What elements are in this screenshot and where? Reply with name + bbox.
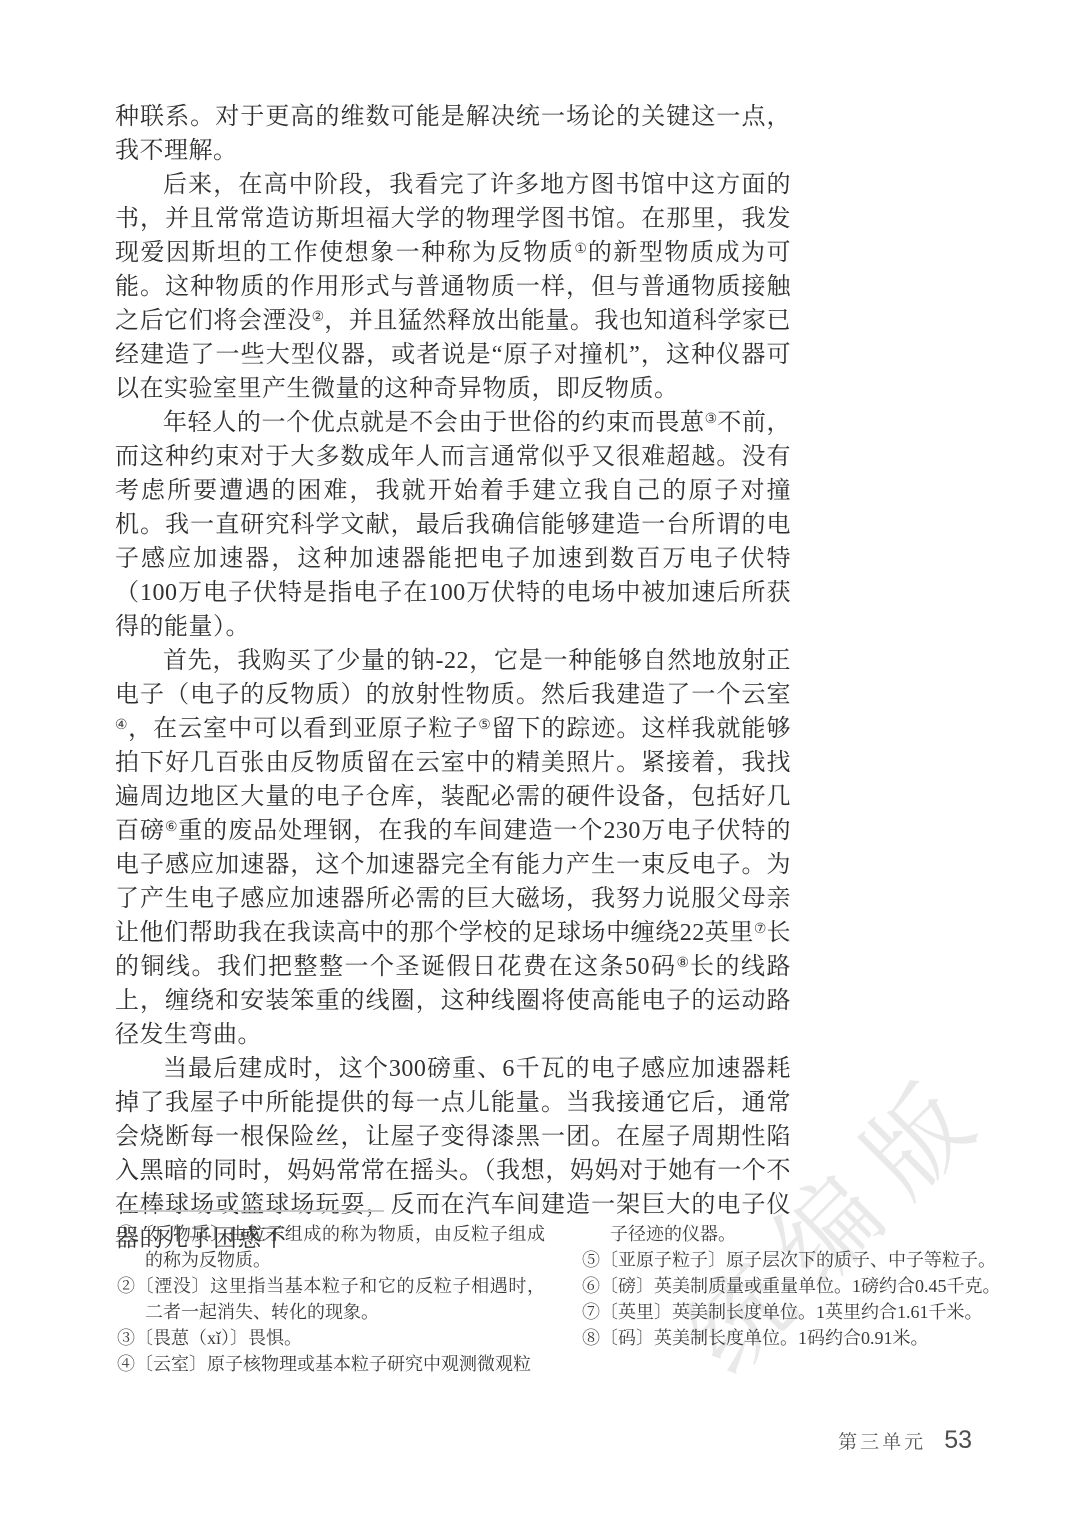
footnote-4-continuation: 子径迹的仪器。 [582, 1221, 1018, 1247]
footnote-column-right: 子径迹的仪器。 ⑤〔亚原子粒子〕原子层次下的质子、中子等粒子。 ⑥〔磅〕英美制质… [582, 1221, 1018, 1351]
footnote-2: ②〔湮没〕这里指当基本粒子和它的反粒子相遇时，二者一起消失、转化的现象。 [117, 1273, 545, 1325]
footnote-6: ⑥〔磅〕英美制质量或重量单位。1磅约合0.45千克。 [582, 1273, 1018, 1299]
footnote-1: ①〔反物质〕由粒子组成的称为物质，由反粒子组成的称为反物质。 [117, 1221, 545, 1273]
paragraph-sodium-22: 首先，我购买了少量的钠-22，它是一种能够自然地放射正电子（电子的反物质）的放射… [115, 644, 791, 1052]
footnote-7: ⑦〔英里〕英美制长度单位。1英里约合1.61千米。 [582, 1299, 1018, 1325]
unit-label: 第三单元 [838, 1427, 926, 1454]
footnote-ref-marker: ⑦ [754, 922, 767, 937]
footnote-3: ③〔畏葸（xǐ）〕畏惧。 [117, 1325, 545, 1351]
footnote-5: ⑤〔亚原子粒子〕原子层次下的质子、中子等粒子。 [582, 1247, 1018, 1273]
footnote-divider [120, 1210, 384, 1212]
footnote-column-left: ①〔反物质〕由粒子组成的称为物质，由反粒子组成的称为反物质。 ②〔湮没〕这里指当… [117, 1221, 545, 1377]
footnote-ref-marker: ② [312, 310, 325, 325]
page-footer: 第三单元 53 [838, 1426, 972, 1455]
footnote-ref-marker: ⑧ [676, 956, 690, 971]
footnote-ref-marker: ① [574, 242, 588, 257]
page-number: 53 [944, 1426, 972, 1455]
paragraph-continuation: 种联系。对于更高的维数可能是解决统一场论的关键这一点，我不理解。 [115, 100, 791, 168]
footnote-ref-marker: ⑤ [478, 718, 491, 733]
paragraph-young-people: 年轻人的一个优点就是不会由于世俗的约束而畏葸③不前，而这种约束对于大多数成年人而… [115, 406, 791, 644]
footnote-4: ④〔云室〕原子核物理或基本粒子研究中观测微观粒 [117, 1351, 545, 1377]
footnote-8: ⑧〔码〕英美制长度单位。1码约合0.91米。 [582, 1325, 1018, 1351]
footnote-ref-marker: ③ [705, 412, 718, 427]
paragraph-libraries: 后来，在高中阶段，我看完了许多地方图书馆中这方面的书，并且常常造访斯坦福大学的物… [115, 168, 791, 406]
footnote-ref-marker: ④ [115, 718, 128, 733]
textbook-page: 统编版 种联系。对于更高的维数可能是解决统一场论的关键这一点，我不理解。 后来，… [0, 0, 1080, 1527]
body-text-block: 种联系。对于更高的维数可能是解决统一场论的关键这一点，我不理解。 后来，在高中阶… [115, 100, 791, 1256]
footnote-ref-marker: ⑥ [165, 820, 178, 835]
